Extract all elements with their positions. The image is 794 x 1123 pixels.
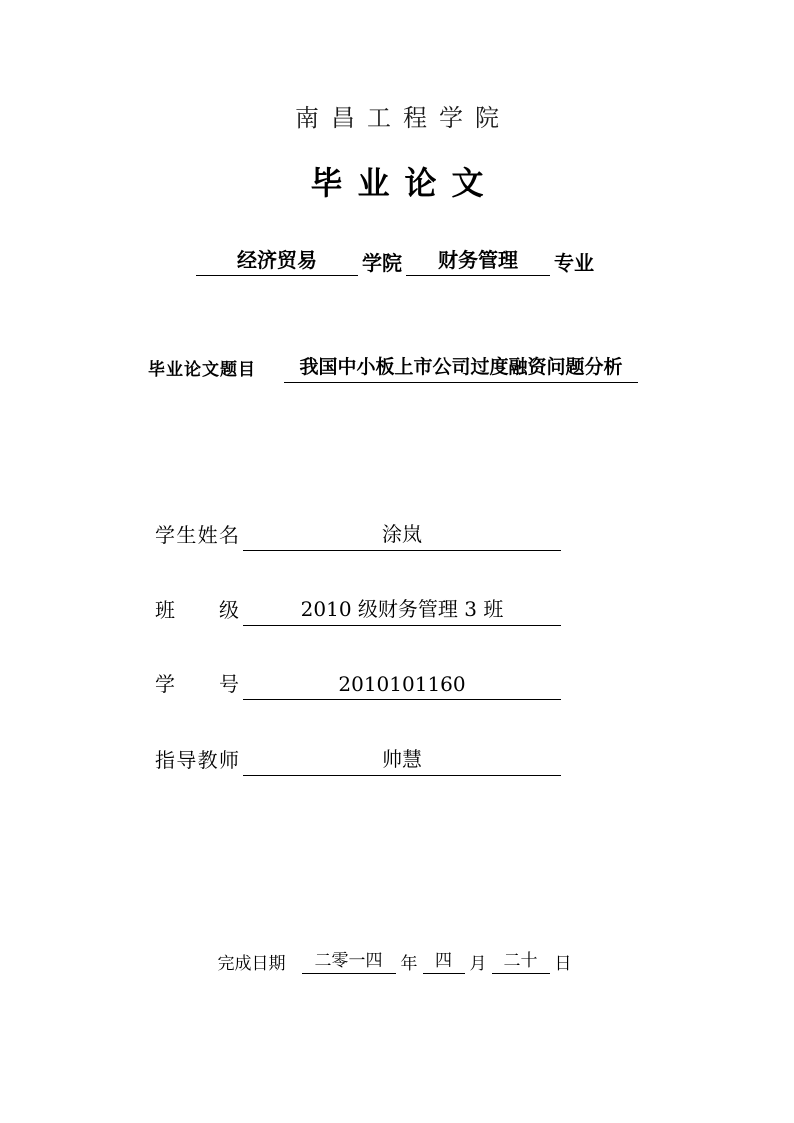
field-row-student-name: 学生姓名涂岚 bbox=[155, 518, 561, 548]
completion-day-field: 二十 bbox=[492, 946, 550, 974]
class-field: 2010 级财务管理 3 班 bbox=[243, 593, 561, 626]
thesis-cover-page: 南昌工程学院 毕业论文 经济贸易学院财务管理专业 毕业论文题目我国中小板上市公司… bbox=[0, 0, 794, 1123]
student-name-field: 涂岚 bbox=[243, 518, 561, 551]
college-suffix-label: 学院 bbox=[362, 251, 402, 275]
department-line: 经济贸易学院财务管理专业 bbox=[0, 244, 794, 276]
year-unit-label: 年 bbox=[401, 954, 418, 974]
thesis-type-title: 毕业论文 bbox=[0, 158, 794, 204]
month-unit-label: 月 bbox=[470, 954, 487, 974]
university-name: 南昌工程学院 bbox=[0, 98, 794, 133]
student-info-fields: 学生姓名涂岚 班级2010 级财务管理 3 班 学号2010101160 指导教… bbox=[155, 518, 561, 818]
thesis-title-label: 毕业论文题目 bbox=[148, 355, 256, 383]
advisor-label: 指导教师 bbox=[155, 744, 239, 776]
student-id-field: 2010101160 bbox=[243, 672, 561, 700]
thesis-title-field: 我国中小板上市公司过度融资问题分析 bbox=[284, 352, 638, 383]
major-name-field: 财务管理 bbox=[406, 244, 550, 276]
student-id-label: 学号 bbox=[155, 668, 239, 700]
completion-date-line: 完成日期二零一四年四月二十日 bbox=[0, 946, 794, 974]
completion-year-field: 二零一四 bbox=[302, 946, 396, 974]
field-row-student-id: 学号2010101160 bbox=[155, 668, 561, 698]
field-row-advisor: 指导教师帅慧 bbox=[155, 743, 561, 773]
completion-month-field: 四 bbox=[423, 946, 465, 974]
student-name-label: 学生姓名 bbox=[155, 519, 239, 551]
day-unit-label: 日 bbox=[555, 954, 572, 974]
field-row-class: 班级2010 级财务管理 3 班 bbox=[155, 593, 561, 623]
completion-date-label: 完成日期 bbox=[218, 954, 286, 974]
major-suffix-label: 专业 bbox=[554, 251, 594, 275]
advisor-field: 帅慧 bbox=[243, 743, 561, 776]
college-name-field: 经济贸易 bbox=[196, 244, 358, 276]
thesis-title-row: 毕业论文题目我国中小板上市公司过度融资问题分析 bbox=[148, 352, 638, 383]
class-label: 班级 bbox=[155, 594, 239, 626]
